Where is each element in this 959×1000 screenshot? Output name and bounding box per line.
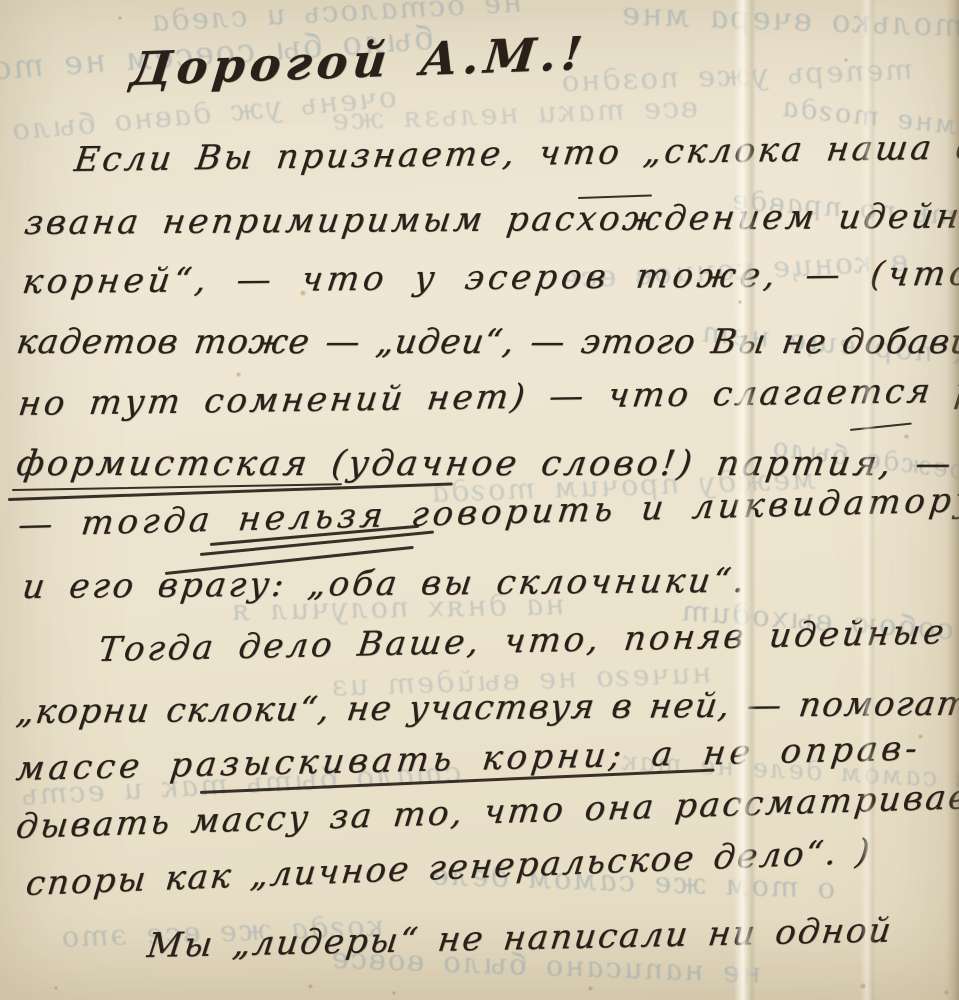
fox-spot [918, 734, 923, 739]
manuscript-line: Тогда дело Ваше, что, поняв идейные [96, 612, 949, 670]
fox-spot [904, 434, 909, 439]
manuscript-line: формистская (удачное слово!) партия, — [14, 444, 956, 484]
manuscript-line: звана непримиримым расхождением идейных [22, 196, 959, 243]
fox-spot [844, 58, 848, 62]
manuscript-line: но тут сомнений нет) — что слагается ре- [16, 370, 959, 424]
fox-spot [944, 990, 949, 995]
fox-spot [738, 300, 742, 304]
fox-spot [860, 983, 866, 989]
fox-spot [118, 16, 122, 20]
fox-spot [300, 290, 306, 296]
fox-spot [236, 372, 241, 377]
ink-underline [850, 423, 912, 431]
manuscript-line: Если Вы признаете, что „склока наша вы- [72, 127, 959, 180]
handwriting-layer: Дорогой А.М.! Если Вы признаете, что „ск… [0, 0, 959, 1000]
manuscript-line: корней“, — что у эсеров тоже, — (что у [20, 253, 959, 302]
fox-spot [392, 991, 396, 995]
manuscript-line: — тогда нельзя говорить и ликвидатору [16, 480, 959, 545]
manuscript-line: Мы „лидеры“ не написали ни одной [145, 910, 895, 966]
fox-spot [588, 986, 593, 991]
fox-spot [168, 455, 172, 459]
fox-spot [308, 984, 313, 989]
manuscript-line: кадетов тоже — „идеи“, — этого Вы не доб… [14, 322, 959, 362]
manuscript-line: и его врагу: „оба вы склочники“. [20, 561, 750, 607]
page-edge-shadow [946, 0, 959, 1000]
fox-spot [54, 986, 58, 990]
manuscript-page: не осталось и следа только вчера мне был… [0, 0, 959, 1000]
manuscript-line: „корни склоки“, не участвуя в ней, — пом… [14, 684, 959, 732]
salutation-line: Дорогой А.М.! [128, 26, 590, 96]
